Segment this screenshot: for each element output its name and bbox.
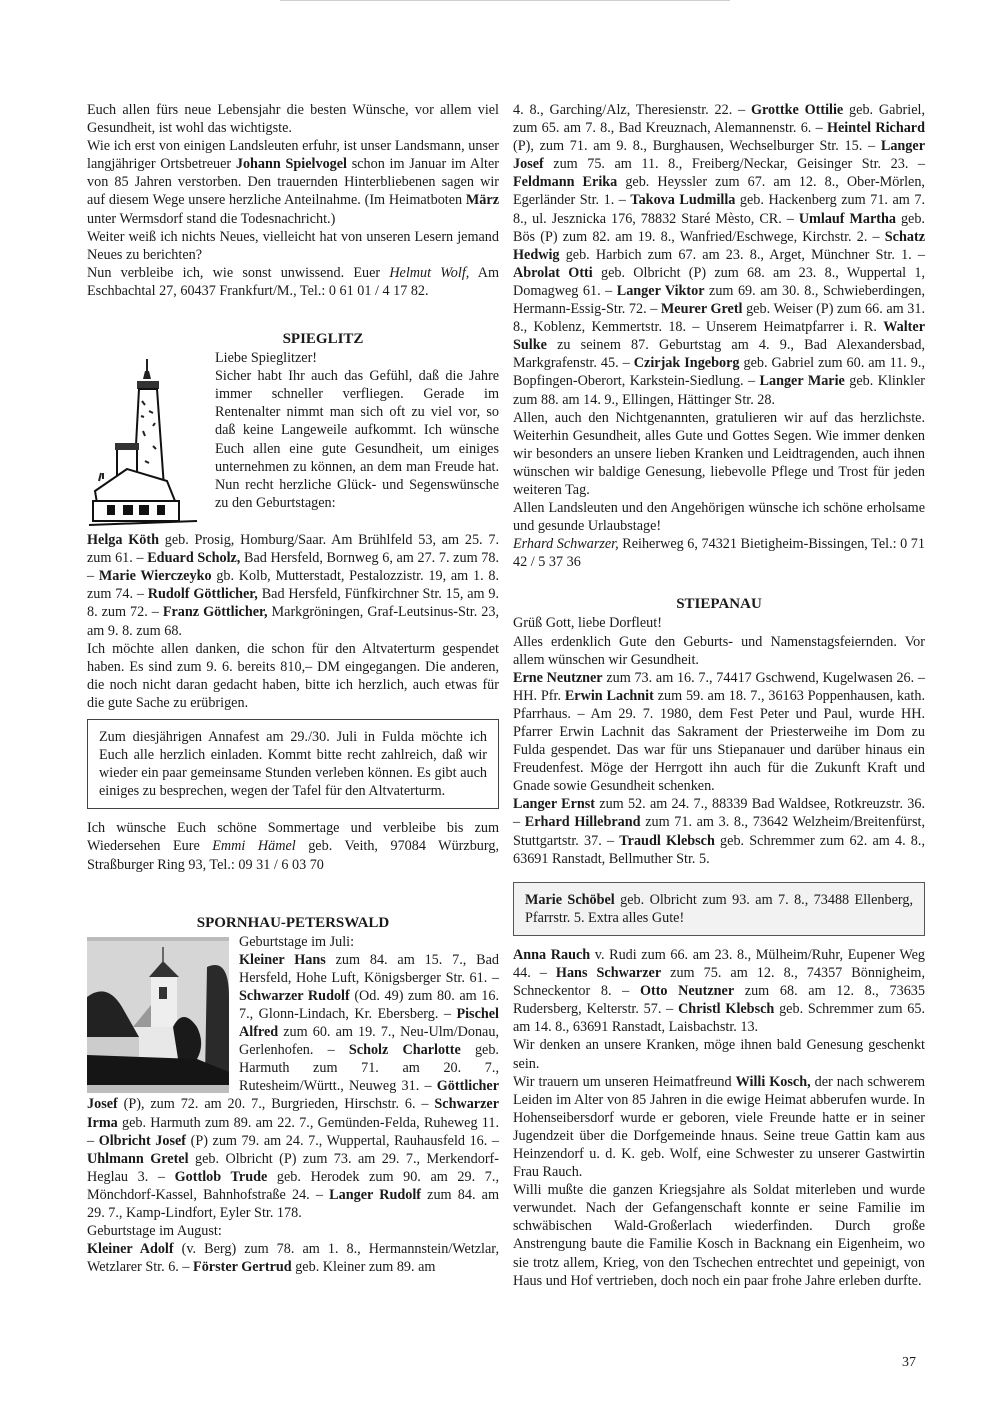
- signature-paragraph: Erhard Schwarzer, Reiherweg 6, 74321 Bie…: [513, 535, 925, 571]
- announcement-text: Zum diesjährigen Annafest am 29./30. Jul…: [99, 728, 487, 800]
- church-photo-icon: [87, 937, 229, 1093]
- birthday-list: Erne Neutzner zum 73. am 16. 7., 74417 G…: [513, 669, 925, 796]
- scan-edge-line: [280, 0, 730, 1]
- paragraph: Weiter weiß ich nichts Neues, vielleicht…: [87, 228, 499, 264]
- signature-paragraph: Ich wünsche Euch schöne Sommertage und v…: [87, 819, 499, 873]
- paragraph: Euch allen fürs neue Lebensjahr die best…: [87, 101, 499, 137]
- birthday-list: Anna Rauch v. Rudi zum 66. am 23. 8., Mü…: [513, 946, 925, 1036]
- month-name: März: [466, 192, 499, 208]
- author-name: Helmut Wolf,: [389, 265, 469, 281]
- signature-paragraph: Nun verbleibe ich, wie sonst unwissend. …: [87, 264, 499, 300]
- section-heading: SPORNHAU-PETERSWALD: [87, 914, 499, 933]
- paragraph: Wie ich erst von einigen Landsleuten erf…: [87, 137, 499, 227]
- section-heading: STIEPANAU: [513, 595, 925, 614]
- right-column: 4. 8., Garching/Alz, Theresienstr. 22. –…: [513, 101, 925, 1290]
- person-name: Willi Kosch,: [736, 1074, 811, 1090]
- paragraph: Wir denken an unsere Kranken, möge ihnen…: [513, 1036, 925, 1072]
- section-spieglitz: SPIEGLITZ Liebe Spieglitzer! Sicher habt…: [87, 330, 499, 874]
- section-spornhau-peterswald: SPORNHAU-PETERSWALD Geburtstage im Juli:…: [87, 914, 499, 1277]
- page-number: 37: [902, 1355, 916, 1371]
- birthday-list: Kleiner Adolf (v. Berg) zum 78. am 1. 8.…: [87, 1240, 499, 1276]
- paragraph: Allen, auch den Nichtgenannten, gratulie…: [513, 409, 925, 499]
- paragraph: Ich möchte allen danken, die schon für d…: [87, 640, 499, 712]
- section-heading: SPIEGLITZ: [87, 330, 499, 349]
- greeting: Grüß Gott, liebe Dorfleut!: [513, 614, 925, 632]
- left-column: Euch allen fürs neue Lebensjahr die best…: [87, 101, 499, 1276]
- paragraph: Allen Landsleuten und den Angehörigen wü…: [513, 499, 925, 535]
- author-name: Erhard Schwarzer,: [513, 536, 619, 552]
- highlight-text: Marie Schöbel geb. Olbricht zum 93. am 7…: [525, 891, 913, 927]
- person-name: Johann Spielvogel: [236, 156, 347, 172]
- paragraph: Alles erdenklich Gute den Geburts- und N…: [513, 633, 925, 669]
- highlight-box: Marie Schöbel geb. Olbricht zum 93. am 7…: [513, 882, 925, 936]
- subheading: Geburtstage im August:: [87, 1222, 499, 1240]
- paragraph: Willi mußte die ganzen Kriegsjahre als S…: [513, 1181, 925, 1290]
- birthday-list: Langer Ernst zum 52. am 24. 7., 88339 Ba…: [513, 795, 925, 867]
- author-name: Emmi Hämel: [212, 838, 295, 854]
- tower-drawing-icon: [87, 351, 207, 531]
- birthday-list: Helga Köth geb. Prosig, Homburg/Saar. Am…: [87, 531, 499, 640]
- birthday-list: 4. 8., Garching/Alz, Theresienstr. 22. –…: [513, 101, 925, 409]
- section-stiepanau: STIEPANAU Grüß Gott, liebe Dorfleut! All…: [513, 595, 925, 1289]
- obituary-paragraph: Wir trauern um unseren Heimatfreund Will…: [513, 1073, 925, 1182]
- announcement-box: Zum diesjährigen Annafest am 29./30. Jul…: [87, 719, 499, 809]
